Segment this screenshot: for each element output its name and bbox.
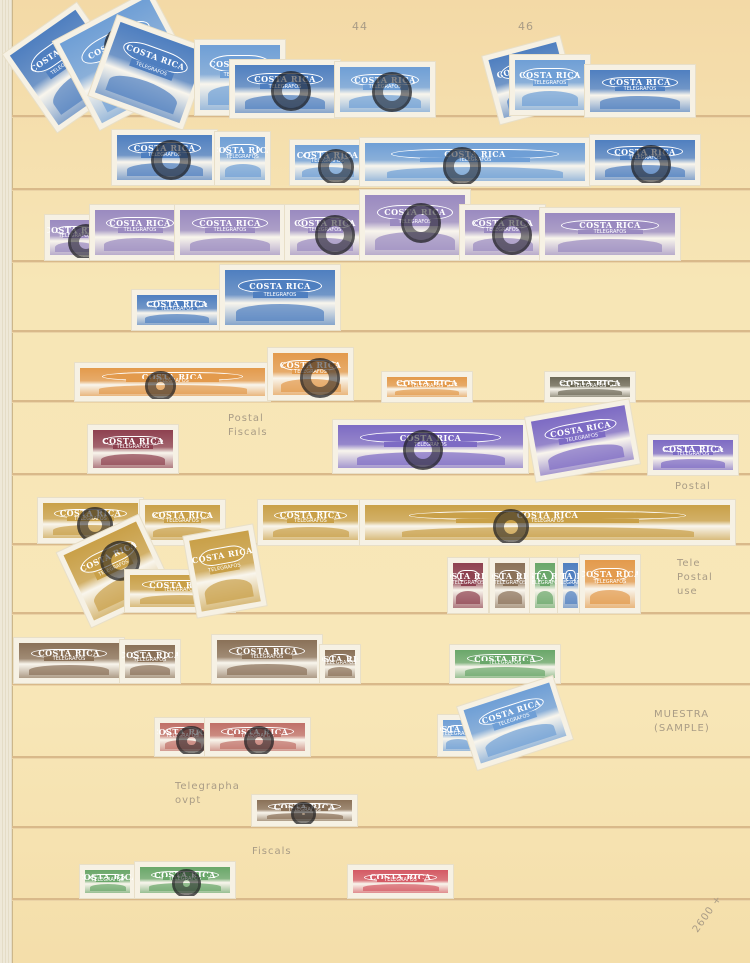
stamp-violet: COSTA RICATELEGRAFOS <box>525 399 640 481</box>
strip-edge <box>12 473 750 475</box>
stamp-design: COSTA RICATELEGRAFOS <box>550 377 630 397</box>
stamp-subcaption: TELEGRAFOS <box>420 158 530 162</box>
stamp-subcaption: TELEGRAFOS <box>598 579 623 584</box>
stamp-rose: COSTA RICATELEGRAFOS <box>205 718 310 756</box>
stamp-subcaption: TELEGRAFOS <box>503 581 518 586</box>
strip-edge <box>12 330 750 332</box>
annotation-44: 44 <box>352 20 368 34</box>
stamp-green: COSTA RICATELEGRAFOS <box>80 865 135 898</box>
stamp-design: COSTA RICATELEGRAFOS <box>85 870 130 893</box>
stamp-subcaption: TELEGRAFOS <box>126 379 219 382</box>
stamp-blue: COSTA RICATELEGRAFOS <box>132 290 222 330</box>
stamp-brown: COSTA RICATELEGRAFOS <box>14 638 124 683</box>
stamp-landscape <box>267 813 343 819</box>
stamp-landscape <box>546 440 624 469</box>
stamp-design: COSTA RICATELEGRAFOS <box>257 800 352 821</box>
stamp-design: COSTA RICATELEGRAFOS <box>210 723 305 751</box>
strip-edge <box>12 826 750 828</box>
stamp-landscape <box>661 459 725 468</box>
stamp-landscape <box>55 242 95 253</box>
stamp-claret: COSTA RICATELEGRAFOS <box>448 558 488 613</box>
stamp-subcaption: TELEGRAFOS <box>377 879 425 882</box>
stamp-subcaption: TELEGRAFOS <box>333 661 348 664</box>
stamp-light_blue: COSTA RICATELEGRAFOS <box>510 55 590 115</box>
stamp-subcaption: TELEGRAFOS <box>44 657 94 661</box>
stamp-design: COSTA RICATELEGRAFOS <box>595 140 695 180</box>
annotation-tele-postal-use: Tele Postal use <box>677 557 713 599</box>
stamp-subcaption: TELEGRAFOS <box>456 519 639 523</box>
stamp-landscape <box>130 665 170 675</box>
stamp-design: COSTA RICATELEGRAFOS <box>495 563 525 608</box>
stamp-design: COSTA RICATELEGRAFOS <box>117 135 212 180</box>
stockbook-page: COSTA RICATELEGRAFOSCOSTA RICATELEGRAFOS… <box>0 0 750 963</box>
stamp-subcaption: TELEGRAFOS <box>253 292 308 298</box>
annotation-46: 46 <box>518 20 534 34</box>
stamp-subcaption: TELEGRAFOS <box>567 581 575 586</box>
stamp-subcaption: TELEGRAFOS <box>578 230 643 235</box>
stamp-subcaption: TELEGRAFOS <box>113 445 153 449</box>
stamp-subcaption: TELEGRAFOS <box>451 732 466 735</box>
stamp-subcaption: TELEGRAFOS <box>308 228 343 233</box>
stamp-lilac: COSTA RICATELEGRAFOS <box>540 208 680 260</box>
stamp-design: COSTA RICATELEGRAFOS <box>189 530 261 611</box>
stamp-landscape <box>349 95 421 109</box>
stamp-design: COSTA RICATELEGRAFOS <box>273 353 348 395</box>
stamp-landscape <box>165 740 201 748</box>
stamp-lilac: COSTA RICATELEGRAFOS <box>175 205 285 260</box>
stamp-landscape <box>357 452 505 465</box>
stamp-design: COSTA RICATELEGRAFOS <box>340 67 430 112</box>
stamp-design: COSTA RICATELEGRAFOS <box>235 65 335 113</box>
stamp-ochre: COSTA RICATELEGRAFOS <box>360 500 735 545</box>
stamp-landscape <box>281 379 341 392</box>
stamp-landscape <box>245 95 325 109</box>
stamp-landscape <box>127 163 203 177</box>
stamp-landscape <box>236 304 324 321</box>
stamp-design: COSTA RICATELEGRAFOS <box>653 440 733 470</box>
stamp-subcaption: TELEGRAFOS <box>260 84 310 89</box>
stamp-subcaption: TELEGRAFOS <box>118 228 163 233</box>
stamp-landscape <box>456 591 480 605</box>
stamp-landscape <box>99 385 247 393</box>
annotation-postal-fiscals: Postal Fiscals <box>228 412 268 440</box>
stamp-subcaption: TELEGRAFOS <box>363 85 408 90</box>
stamp-blue: COSTA RICATELEGRAFOS <box>220 265 340 330</box>
stamp-caption: COSTA RICA <box>377 205 453 220</box>
stamp-carmine: COSTA RICATELEGRAFOS <box>348 865 453 898</box>
stamp-light_blue: COSTA RICATELEGRAFOS <box>335 62 435 117</box>
stamp-landscape <box>220 740 296 748</box>
stamp-landscape <box>558 389 622 395</box>
stamp-design: COSTA RICATELEGRAFOS <box>531 405 634 476</box>
stamp-design: COSTA RICATELEGRAFOS <box>365 143 585 181</box>
stamp-subcaption: TELEGRAFOS <box>138 658 163 662</box>
stamp-landscape <box>590 590 630 604</box>
stamp-blue: COSTA RICATELEGRAFOS <box>112 130 217 185</box>
stamp-brown: COSTA RICATELEGRAFOS <box>212 635 322 683</box>
stamp-subcaption: TELEGRAFOS <box>311 159 344 163</box>
stamp-landscape <box>190 238 270 252</box>
stamp-subcaption: TELEGRAFOS <box>673 452 713 455</box>
stamp-landscape <box>498 591 522 605</box>
strip-edge <box>12 756 750 758</box>
stamp-design: COSTA RICATELEGRAFOS <box>465 210 540 255</box>
stamp-landscape <box>227 664 307 675</box>
stamp-ochre: COSTA RICATELEGRAFOS <box>183 525 266 618</box>
stamp-design: COSTA RICATELEGRAFOS <box>325 650 355 678</box>
stamp-design: COSTA RICATELEGRAFOS <box>590 70 690 112</box>
stamp-landscape <box>101 454 165 465</box>
stamp-design: COSTA RICATELEGRAFOS <box>295 145 360 180</box>
stamp-subcaption: TELEGRAFOS <box>533 80 568 86</box>
stamp-design: COSTA RICATELEGRAFOS <box>225 270 335 325</box>
strip-edge <box>12 260 750 262</box>
stamp-landscape <box>29 665 109 676</box>
stamp-blue: COSTA RICATELEGRAFOS <box>230 60 340 118</box>
stamp-design: COSTA RICATELEGRAFOS <box>563 563 578 608</box>
stamp-subcaption: TELEGRAFOS <box>171 734 194 737</box>
stamp-design: COSTA RICATELEGRAFOS <box>365 195 465 255</box>
stamp-landscape <box>537 591 553 605</box>
stamp-landscape <box>363 884 439 891</box>
page-binding <box>0 0 13 963</box>
stamp-caption: COSTA RICA <box>238 279 322 293</box>
stamp-landscape <box>465 667 545 675</box>
stamp-olive: COSTA RICATELEGRAFOS <box>545 372 635 402</box>
stamp-design: COSTA RICATELEGRAFOS <box>387 377 467 397</box>
stamp-design: COSTA RICATELEGRAFOS <box>180 210 280 255</box>
stamp-subcaption: TELEGRAFOS <box>231 154 254 159</box>
stamp-landscape <box>104 238 176 252</box>
stamp-violet: COSTA RICATELEGRAFOS <box>333 420 528 473</box>
stamp-brown: COSTA RICATELEGRAFOS <box>252 795 357 826</box>
stamp-orange: COSTA RICATELEGRAFOS <box>268 348 353 400</box>
stamp-orange: COSTA RICATELEGRAFOS <box>580 555 640 613</box>
stamp-design: COSTA RICATELEGRAFOS <box>515 60 585 110</box>
stamp-landscape <box>145 314 209 323</box>
stamp-landscape <box>446 739 470 748</box>
stamp-design: COSTA RICATELEGRAFOS <box>95 210 185 255</box>
stamp-design: COSTA RICATELEGRAFOS <box>290 210 360 255</box>
stamp-landscape <box>473 238 533 252</box>
stamp-subcaption: TELEGRAFOS <box>205 228 255 233</box>
stamp-design: COSTA RICATELEGRAFOS <box>535 563 555 608</box>
stamp-design: COSTA RICATELEGRAFOS <box>160 723 205 751</box>
annotation-telegrapha-ovpt: Telegrapha ovpt <box>175 780 240 808</box>
stamp-landscape <box>302 167 354 178</box>
stamp-subcaption: TELEGRAFOS <box>461 581 476 586</box>
stamp-subcaption: TELEGRAFOS <box>287 519 335 523</box>
stamp-design: COSTA RICATELEGRAFOS <box>93 430 173 468</box>
stamp-landscape <box>395 389 459 395</box>
stamp-landscape <box>522 91 578 106</box>
stamp-landscape <box>600 96 680 109</box>
stamp-design: COSTA RICATELEGRAFOS <box>365 505 730 540</box>
stamp-design: COSTA RICATELEGRAFOS <box>19 643 119 678</box>
stamp-landscape <box>565 591 577 605</box>
strip-edge <box>12 683 750 685</box>
stamp-landscape <box>297 238 353 252</box>
stamp-design: COSTA RICATELEGRAFOS <box>464 682 567 763</box>
stamp-design: COSTA RICATELEGRAFOS <box>140 867 230 893</box>
stamp-subcaption: TELEGRAFOS <box>281 808 329 810</box>
stamp-landscape <box>402 527 694 538</box>
stamp-blue: COSTA RICATELEGRAFOS <box>585 65 695 117</box>
stamp-orange: COSTA RICATELEGRAFOS <box>75 363 270 401</box>
stamp-green: COSTA RICATELEGRAFOS <box>135 862 235 898</box>
stamp-subcaption: TELEGRAFOS <box>67 517 115 521</box>
stamp-landscape <box>387 167 563 178</box>
stamp-landscape <box>90 884 126 891</box>
stamp-landscape <box>225 164 261 177</box>
stamp-subcaption: TELEGRAFOS <box>390 219 440 226</box>
stamp-subcaption: TELEGRAFOS <box>484 228 522 233</box>
annotation-fiscals: Fiscals <box>252 845 292 859</box>
stamp-design: COSTA RICATELEGRAFOS <box>217 640 317 678</box>
stamp-green: COSTA RICATELEGRAFOS <box>450 645 560 683</box>
stamp-subcaption: TELEGRAFOS <box>384 442 477 447</box>
stamp-orange: COSTA RICATELEGRAFOS <box>382 372 472 402</box>
stamp-subcaption: TELEGRAFOS <box>234 734 282 737</box>
stamp-design: COSTA RICATELEGRAFOS <box>220 137 265 180</box>
stamp-design: COSTA RICATELEGRAFOS <box>455 650 555 678</box>
stamp-design: COSTA RICATELEGRAFOS <box>80 368 265 396</box>
stamp-light_blue: COSTA RICATELEGRAFOS <box>215 132 270 185</box>
stamp-ochre: COSTA RICATELEGRAFOS <box>258 500 363 545</box>
stamp-blue: COSTA RICATELEGRAFOS <box>590 135 700 185</box>
annotation-muestra-sample: MUESTRA (SAMPLE) <box>654 708 710 736</box>
stamp-subcaption: TELEGRAFOS <box>570 385 610 387</box>
stamp-design: COSTA RICATELEGRAFOS <box>338 425 523 468</box>
stamp-subcaption: TELEGRAFOS <box>615 87 665 92</box>
stamp-subcaption: TELEGRAFOS <box>292 370 330 375</box>
stamp-landscape <box>203 575 254 605</box>
stamp-lilac: COSTA RICATELEGRAFOS <box>360 190 470 260</box>
strip-edge <box>12 898 750 900</box>
stamp-lilac: COSTA RICATELEGRAFOS <box>460 205 545 260</box>
stamp-subcaption: TELEGRAFOS <box>242 655 292 659</box>
stamp-design: COSTA RICATELEGRAFOS <box>545 213 675 255</box>
stamp-green: COSTA RICATELEGRAFOS <box>530 558 560 613</box>
annotation-postal: Postal <box>675 480 711 494</box>
stamp-design: COSTA RICATELEGRAFOS <box>263 505 358 540</box>
stamp-design: COSTA RICATELEGRAFOS <box>453 563 483 608</box>
stamp-landscape <box>149 883 221 891</box>
stamp-violet: COSTA RICATELEGRAFOS <box>648 435 738 475</box>
stamp-brown: COSTA RICATELEGRAFOS <box>320 645 360 683</box>
stamp-subcaption: TELEGRAFOS <box>141 153 189 158</box>
stamp-subcaption: TELEGRAFOS <box>480 661 530 664</box>
stamp-landscape <box>605 165 685 177</box>
stamp-lilac: COSTA RICATELEGRAFOS <box>285 205 365 260</box>
stamp-subcaption: TELEGRAFOS <box>620 156 670 160</box>
stamp-light_blue: COSTA RICATELEGRAFOS <box>360 138 590 186</box>
stamp-design: COSTA RICATELEGRAFOS <box>353 870 448 893</box>
stamp-claret: COSTA RICATELEGRAFOS <box>88 425 178 473</box>
stamp-light_blue: COSTA RICATELEGRAFOS <box>290 140 365 185</box>
stamp-subcaption: TELEGRAFOS <box>407 385 447 387</box>
stamp-subcaption: TELEGRAFOS <box>164 519 202 523</box>
stamp-landscape <box>328 667 352 675</box>
stamp-landscape <box>558 239 662 252</box>
stamp-subcaption: TELEGRAFOS <box>63 234 88 238</box>
stamp-brown: COSTA RICATELEGRAFOS <box>490 558 530 613</box>
stamp-brown: COSTA RICATELEGRAFOS <box>120 640 180 683</box>
stamp-subcaption: TELEGRAFOS <box>163 877 208 880</box>
stamp-design: COSTA RICATELEGRAFOS <box>125 645 175 678</box>
stamp-design: COSTA RICATELEGRAFOS <box>585 560 635 608</box>
stamp-subcaption: TELEGRAFOS <box>96 879 119 882</box>
stamp-subcaption: TELEGRAFOS <box>540 581 550 586</box>
stamp-landscape <box>375 232 455 250</box>
stamp-design: COSTA RICATELEGRAFOS <box>137 295 217 325</box>
stamp-landscape <box>273 527 349 538</box>
stamp-rose: COSTA RICATELEGRAFOS <box>155 718 210 756</box>
stamp-subcaption: TELEGRAFOS <box>157 307 197 310</box>
